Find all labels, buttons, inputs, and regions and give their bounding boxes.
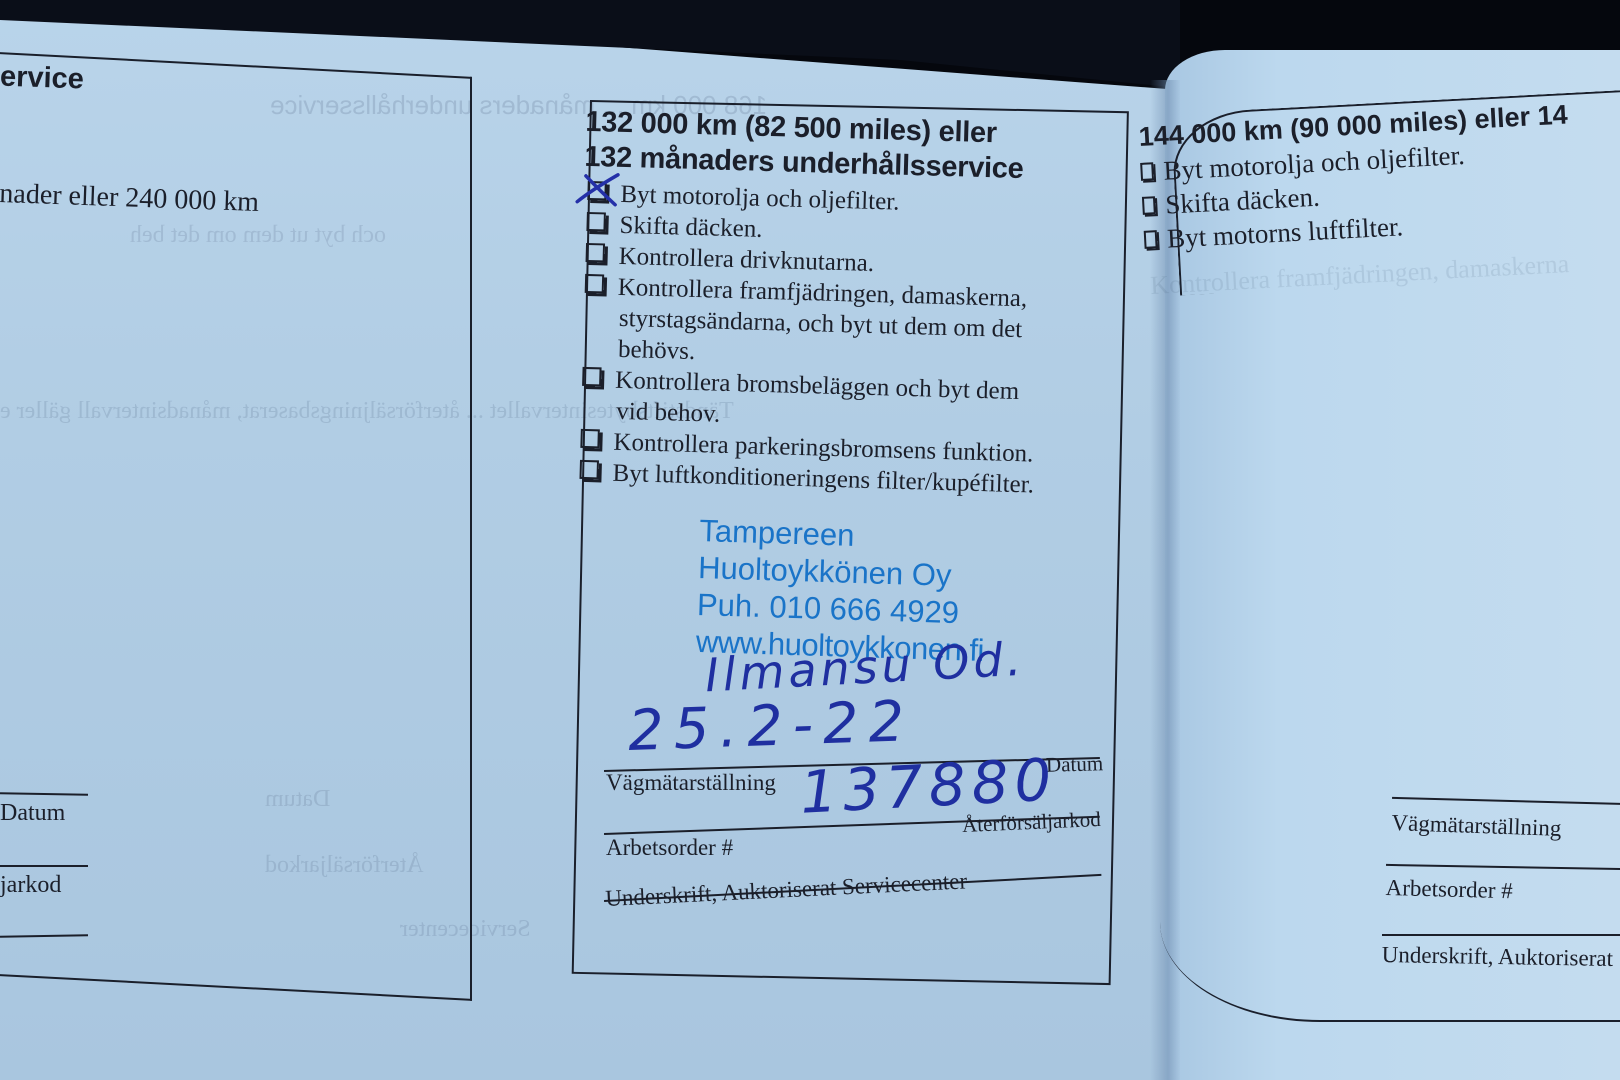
checkbox-unchecked[interactable]	[1140, 162, 1154, 181]
checkbox-unchecked[interactable]	[1144, 230, 1158, 249]
odometer-label: Vägmätarställning	[606, 770, 776, 796]
checkbox-unchecked[interactable]	[582, 367, 602, 387]
service-144000-box-bottom	[1160, 880, 1620, 1022]
service-132000-content: 132 000 km (82 500 miles) eller 132 måna…	[579, 102, 1130, 503]
handwritten-x-mark-icon	[573, 170, 626, 211]
checkbox-unchecked[interactable]	[586, 212, 606, 232]
service-checklist: Byt motorolja och oljefilter. Skifta däc…	[579, 178, 1127, 503]
left-dealer-label: jarkod	[0, 872, 61, 899]
work-order-label: Arbetsorder #	[606, 835, 733, 861]
checkbox-unchecked[interactable]	[579, 460, 599, 480]
handwritten-date: 25.2-22	[627, 689, 915, 764]
left-dealer-line	[0, 865, 88, 867]
left-date-label: Datum	[0, 800, 65, 827]
checkbox-unchecked[interactable]	[586, 243, 606, 263]
left-service-heading: ervice	[0, 61, 84, 97]
checkbox-unchecked[interactable]	[580, 429, 600, 449]
checkbox-unchecked[interactable]	[1142, 196, 1156, 215]
service-144000-content: 144 000 km (90 000 miles) eller 14 Byt m…	[1138, 100, 1574, 257]
checklist-item-front-suspension[interactable]: Kontrollera framfjädringen, damaskerna, …	[583, 271, 1125, 379]
checkbox-unchecked[interactable]	[585, 274, 605, 294]
